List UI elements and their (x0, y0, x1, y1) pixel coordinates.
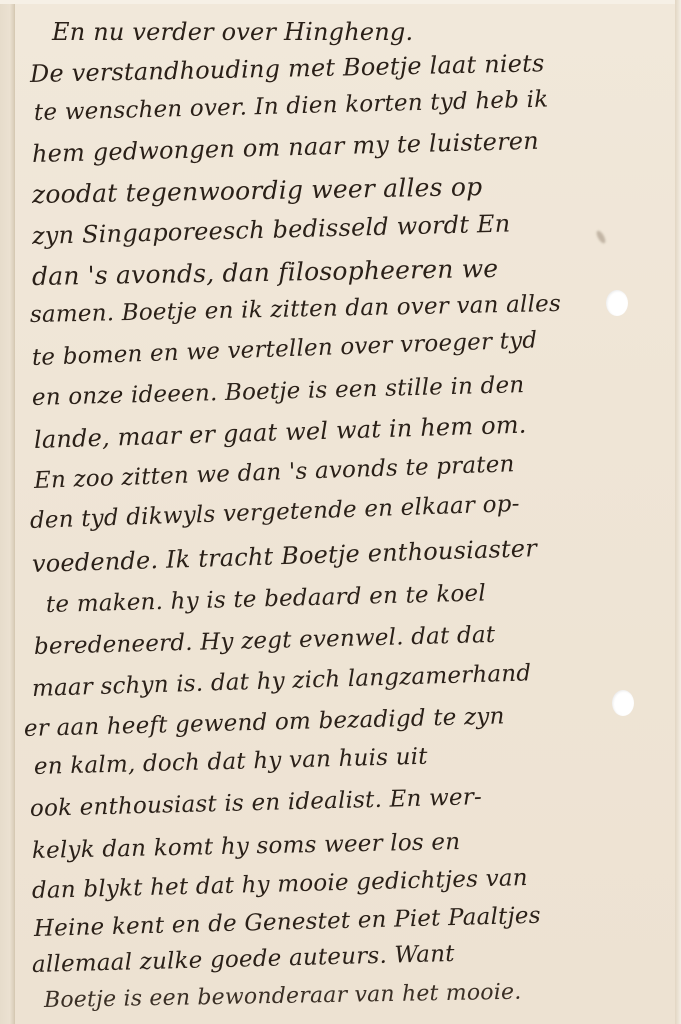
letter-line: en onze ideeen. Boetje is een stille in … (32, 372, 525, 411)
letter-line: En zoo zitten we dan 's avonds te praten (34, 451, 515, 494)
punch-hole-upper (606, 290, 628, 316)
letter-line: dan 's avonds, dan filosopheeren we (32, 254, 499, 291)
page-top-edge (0, 0, 681, 4)
letter-line: voedende. Ik tracht Boetje enthousiaster (32, 534, 538, 578)
letter-line: er aan heeft gewend om bezadigd te zyn (24, 703, 505, 742)
letter-line: hem gedwongen om naar my te luisteren (32, 127, 540, 168)
letter-line: maar schyn is. dat hy zich langzamerhand (32, 660, 532, 702)
letter-line: en kalm, doch dat hy van huis uit (34, 744, 428, 780)
letter-line: kelyk dan komt hy soms weer los en (32, 829, 461, 864)
letter-line: samen. Boetje en ik zitten dan over van … (30, 291, 561, 328)
letter-line: zyn Singaporeesch bedisseld wordt En (32, 209, 511, 250)
letter-line: Boetje is een bewonderaar van het mooie. (44, 980, 522, 1013)
letter-line: te wenschen over. In dien korten tyd heb… (34, 87, 549, 126)
page-right-edge (675, 0, 681, 1024)
letter-line: Heine kent en de Genestet en Piet Paaltj… (34, 903, 541, 942)
letter-line: ook enthousiast is en idealist. En wer- (30, 784, 483, 822)
punch-hole-lower (612, 690, 634, 716)
letter-line: te maken. hy is te bedaard en te koel (46, 580, 487, 618)
letter-line: lande, maar er gaat wel wat in hem om. (34, 411, 527, 454)
letter-page: En nu verder over Hingheng. De verstandh… (0, 0, 681, 1024)
letter-line: beredeneerd. Hy zegt evenwel. dat dat (34, 622, 496, 660)
letter-line: allemaal zulke goede auteurs. Want (32, 941, 455, 978)
letter-line: den tyd dikwyls vergetende en elkaar op- (30, 491, 520, 534)
letter-line: De verstandhouding met Boetje laat niets (30, 49, 545, 88)
letter-line: dan blykt het dat hy mooie gedichtjes va… (32, 865, 528, 904)
letter-line: te bomen en we vertellen over vroeger ty… (32, 327, 538, 371)
page-fold-edge (0, 0, 15, 1024)
ink-blot (595, 229, 607, 244)
letter-line: zoodat tegenwoordig weer alles op (32, 172, 483, 209)
letter-line: En nu verder over Hingheng. (52, 18, 413, 46)
